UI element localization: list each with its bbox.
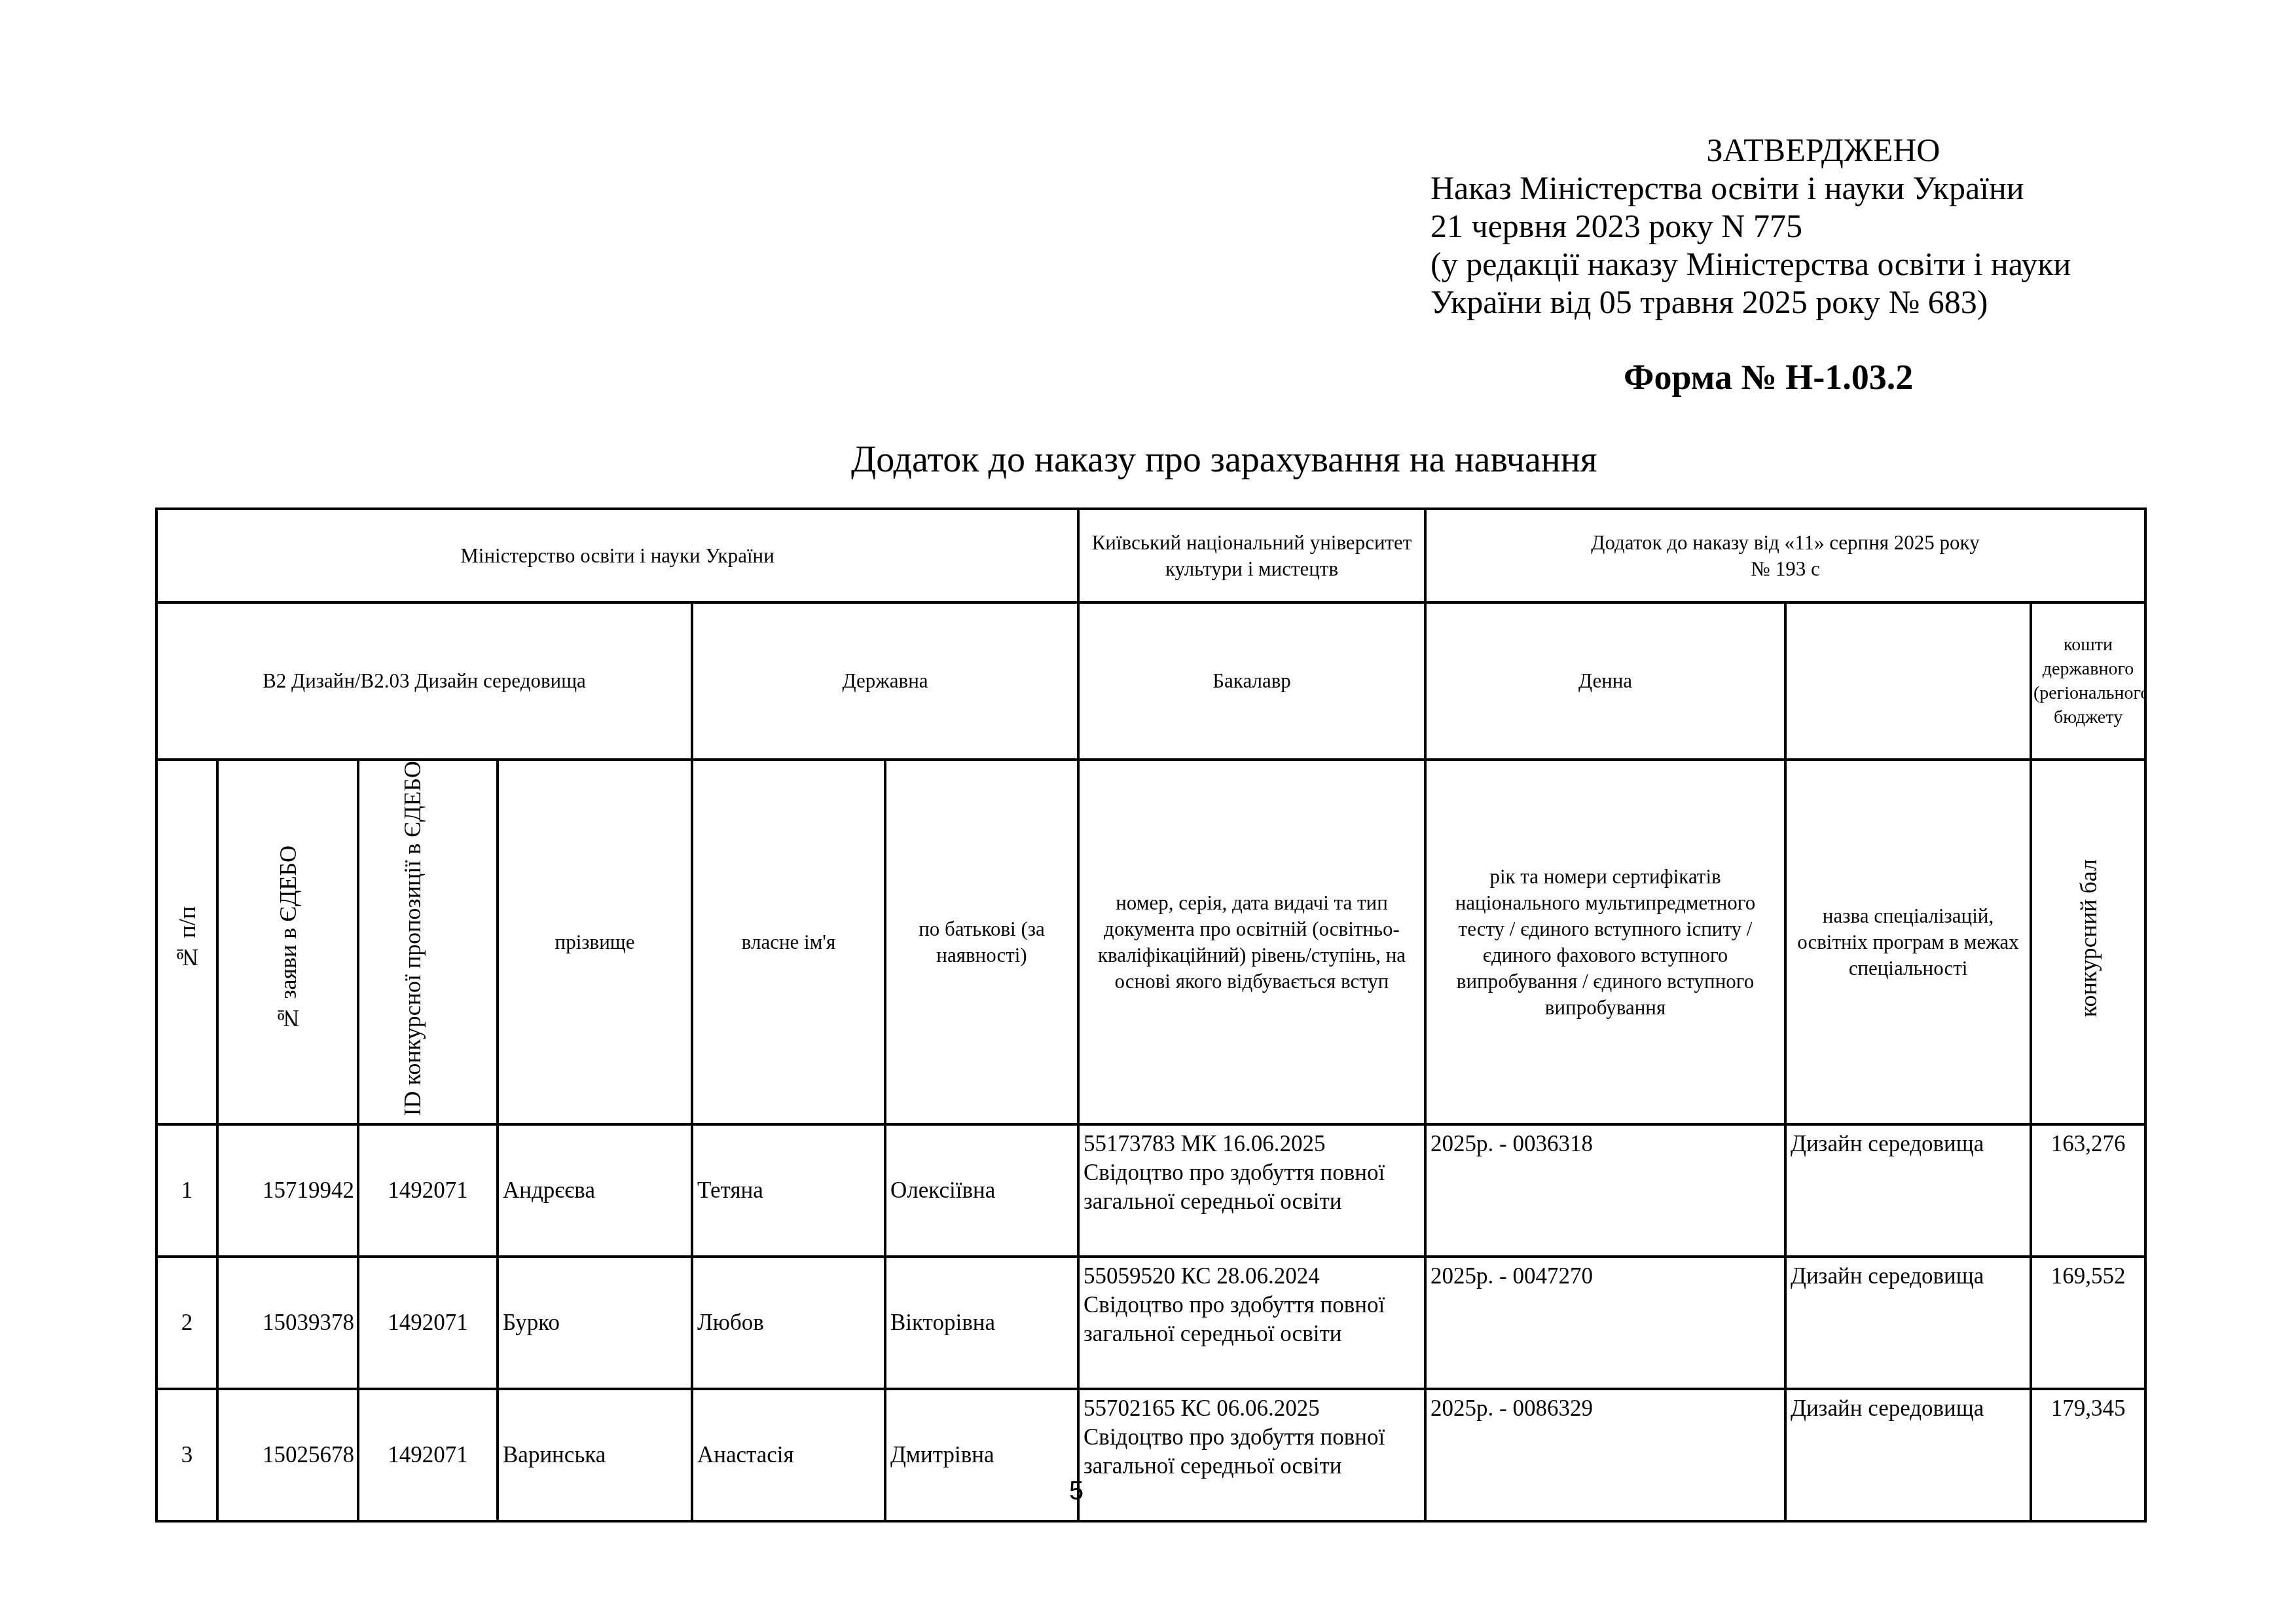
approval-line: України від 05 травня 2025 року № 683) [1430, 283, 2177, 321]
approval-line: (у редакції наказу Міністерства освіти і… [1430, 245, 2177, 283]
cell-offer-id: 1492071 [358, 1124, 498, 1257]
specialty-cell: В2 Дизайн/В2.03 Дизайн середовища [156, 602, 692, 760]
col-specialization: назва спеціалізацій, освітніх програм в … [1785, 760, 2031, 1124]
order-cell: Додаток до наказу від «11» серпня 2025 р… [1425, 509, 2145, 602]
document-title: Додаток до наказу про зарахування на нав… [851, 439, 1597, 481]
cell-patronymic: Олексіївна [885, 1124, 1078, 1257]
table-body: 1 15719942 1492071 Андрєєва Тетяна Олекс… [156, 1124, 2145, 1521]
cell-application-no: 15025678 [217, 1389, 358, 1521]
cell-offer-id: 1492071 [358, 1389, 498, 1521]
cell-num: 3 [156, 1389, 217, 1521]
approval-title: ЗАТВЕРДЖЕНО [1430, 131, 2177, 169]
cell-certificates: 2025р. - 0086329 [1425, 1389, 1785, 1521]
col-surname: прізвище [498, 760, 692, 1124]
cell-document: 55702165 КС 06.06.2025 Свідоцтво про здо… [1078, 1389, 1425, 1521]
page-number: 5 [1069, 1477, 1084, 1506]
cell-patronymic: Дмитрівна [885, 1389, 1078, 1521]
col-patronymic: по батькові (за наявності) [885, 760, 1078, 1124]
col-certificates: рік та номери сертифікатів національного… [1425, 760, 1785, 1124]
university-cell: Київський національний університет культ… [1078, 509, 1425, 602]
table-row: 2 15039378 1492071 Бурко Любов Вікторівн… [156, 1257, 2145, 1389]
col-score: конкурсний бал [2031, 760, 2145, 1124]
header-row-program: В2 Дизайн/В2.03 Дизайн середовища Держав… [156, 602, 2145, 760]
cell-num: 2 [156, 1257, 217, 1389]
degree-cell: Бакалавр [1078, 602, 1425, 760]
enrollment-table: Міністерство освіти і науки України Київ… [155, 507, 2147, 1522]
cell-first-name: Тетяна [692, 1124, 885, 1257]
cell-application-no: 15039378 [217, 1257, 358, 1389]
cell-specialization: Дизайн середовища [1785, 1389, 2031, 1521]
column-header-row: № п/п № заяви в ЄДЕБО ID конкурсної проп… [156, 760, 2145, 1124]
approval-stamp: ЗАТВЕРДЖЕНО Наказ Міністерства освіти і … [1430, 131, 2177, 321]
col-application-no: № заяви в ЄДЕБО [217, 760, 358, 1124]
cell-specialization: Дизайн середовища [1785, 1257, 2031, 1389]
funding-type-cell: Державна [692, 602, 1078, 760]
col-num: № п/п [156, 760, 217, 1124]
col-offer-id: ID конкурсної пропозиції в ЄДЕБО [358, 760, 498, 1124]
table-row: 3 15025678 1492071 Варинська Анастасія Д… [156, 1389, 2145, 1521]
empty-cell [1785, 602, 2031, 760]
cell-score: 179,345 [2031, 1389, 2145, 1521]
order-line: Додаток до наказу від «11» серпня 2025 р… [1430, 530, 2140, 556]
cell-patronymic: Вікторівна [885, 1257, 1078, 1389]
cell-first-name: Любов [692, 1257, 885, 1389]
cell-specialization: Дизайн середовища [1785, 1124, 2031, 1257]
table-row: 1 15719942 1492071 Андрєєва Тетяна Олекс… [156, 1124, 2145, 1257]
cell-first-name: Анастасія [692, 1389, 885, 1521]
header-row-institution: Міністерство освіти і науки України Київ… [156, 509, 2145, 602]
cell-score: 163,276 [2031, 1124, 2145, 1257]
col-first-name: власне ім'я [692, 760, 885, 1124]
cell-certificates: 2025р. - 0036318 [1425, 1124, 1785, 1257]
approval-line: 21 червня 2023 року N 775 [1430, 207, 2177, 245]
cell-application-no: 15719942 [217, 1124, 358, 1257]
cell-num: 1 [156, 1124, 217, 1257]
cell-offer-id: 1492071 [358, 1257, 498, 1389]
cell-certificates: 2025р. - 0047270 [1425, 1257, 1785, 1389]
form-number: Форма № Н-1.03.2 [1624, 357, 1913, 397]
study-form-cell: Денна [1425, 602, 1785, 760]
approval-line: Наказ Міністерства освіти і науки Україн… [1430, 169, 2177, 207]
order-number: № 193 с [1430, 556, 2140, 582]
cell-document: 55173783 МК 16.06.2025 Свідоцтво про здо… [1078, 1124, 1425, 1257]
col-document: номер, серія, дата видачі та тип докумен… [1078, 760, 1425, 1124]
cell-surname: Варинська [498, 1389, 692, 1521]
budget-source-cell: кошти державного (регіонального) бюджету [2031, 602, 2145, 760]
cell-document: 55059520 КС 28.06.2024 Свідоцтво про здо… [1078, 1257, 1425, 1389]
ministry-cell: Міністерство освіти і науки України [156, 509, 1078, 602]
cell-surname: Бурко [498, 1257, 692, 1389]
cell-score: 169,552 [2031, 1257, 2145, 1389]
cell-surname: Андрєєва [498, 1124, 692, 1257]
